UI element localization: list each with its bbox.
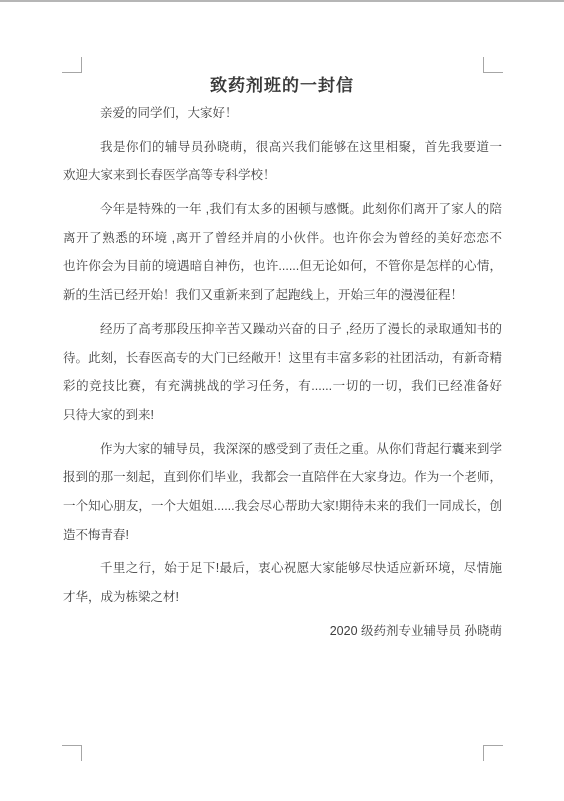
- crop-mark-bottom-left-icon: [62, 745, 82, 761]
- text-line: 一个知心朋友，一个大姐姐......我会尽心帮助大家!期待未来的我们一同成长，创: [63, 492, 502, 521]
- paragraph: 千里之行，始于足下!最后，衷心祝愿大家能够尽快适应新环境，尽情施展才华，成为栋梁…: [63, 554, 502, 611]
- paragraph: 作为大家的辅导员，我深深的感受到了责任之重。从你们背起行囊来到学校报到的那一刻起…: [63, 435, 502, 550]
- text-line: 离开了熟悉的环境 ,离开了曾经并肩的小伙伴。也许你会为曾经的美好恋恋不舍，: [63, 224, 502, 253]
- crop-mark-top-left-icon: [62, 57, 82, 73]
- text-line: 才华，成为栋梁之材!: [63, 583, 502, 612]
- text-line: 造不悔青春!: [63, 521, 502, 550]
- crop-mark-bottom-right-icon: [483, 745, 503, 761]
- text-line: 欢迎大家来到长春医学高等专科学校！: [63, 161, 502, 190]
- text-line: 今年是特殊的一年 ,我们有太多的困顿与感慨。此刻你们离开了家人的陪伴，: [63, 195, 502, 224]
- text-line: 亲爱的同学们，大家好！: [63, 99, 502, 128]
- text-line: 千里之行，始于足下!最后，衷心祝愿大家能够尽快适应新环境，尽情施展: [63, 554, 502, 583]
- text-line: 作为大家的辅导员，我深深的感受到了责任之重。从你们背起行囊来到学校: [63, 435, 502, 464]
- letter-body: 亲爱的同学们，大家好！我是你们的辅导员孙晓萌，很高兴我们能够在这里相聚，首先我要…: [63, 99, 502, 612]
- text-line: 经历了高考那段压抑辛苦又躁动兴奋的日子 ,经历了漫长的录取通知书的等: [63, 315, 502, 344]
- text-line: 彩的竞技比赛，有充满挑战的学习任务，有......一切的一切，我们已经准备好了，: [63, 372, 502, 401]
- text-line: 也许你会为目前的境遇暗自神伤，也许......但无论如何，不管你是怎样的心情，: [63, 252, 502, 281]
- signature-line: 2020 级药剂专业辅导员 孙晓萌: [63, 617, 502, 646]
- paragraph: 我是你们的辅导员孙晓萌，很高兴我们能够在这里相聚，首先我要道一句：欢迎大家来到长…: [63, 133, 502, 190]
- text-line: 新的生活已经开始！我们又重新来到了起跑线上，开始三年的漫漫征程！: [63, 281, 502, 310]
- text-line: 只待大家的到来!: [63, 401, 502, 430]
- document-page: 致药剂班的一封信 亲爱的同学们，大家好！我是你们的辅导员孙晓萌，很高兴我们能够在…: [0, 0, 564, 801]
- letter-title: 致药剂班的一封信: [0, 2, 564, 96]
- text-line: 待。此刻，长春医高专的大门已经敞开！这里有丰富多彩的社团活动，有新奇精: [63, 344, 502, 373]
- paragraph: 亲爱的同学们，大家好！: [63, 99, 502, 128]
- paragraph: 今年是特殊的一年 ,我们有太多的困顿与感慨。此刻你们离开了家人的陪伴，离开了熟悉…: [63, 195, 502, 310]
- text-line: 报到的那一刻起，直到你们毕业，我都会一直陪伴在大家身边。作为一个老师，: [63, 463, 502, 492]
- paragraph: 经历了高考那段压抑辛苦又躁动兴奋的日子 ,经历了漫长的录取通知书的等待。此刻，长…: [63, 315, 502, 430]
- crop-mark-top-right-icon: [483, 57, 503, 73]
- text-line: 我是你们的辅导员孙晓萌，很高兴我们能够在这里相聚，首先我要道一句：: [63, 133, 502, 162]
